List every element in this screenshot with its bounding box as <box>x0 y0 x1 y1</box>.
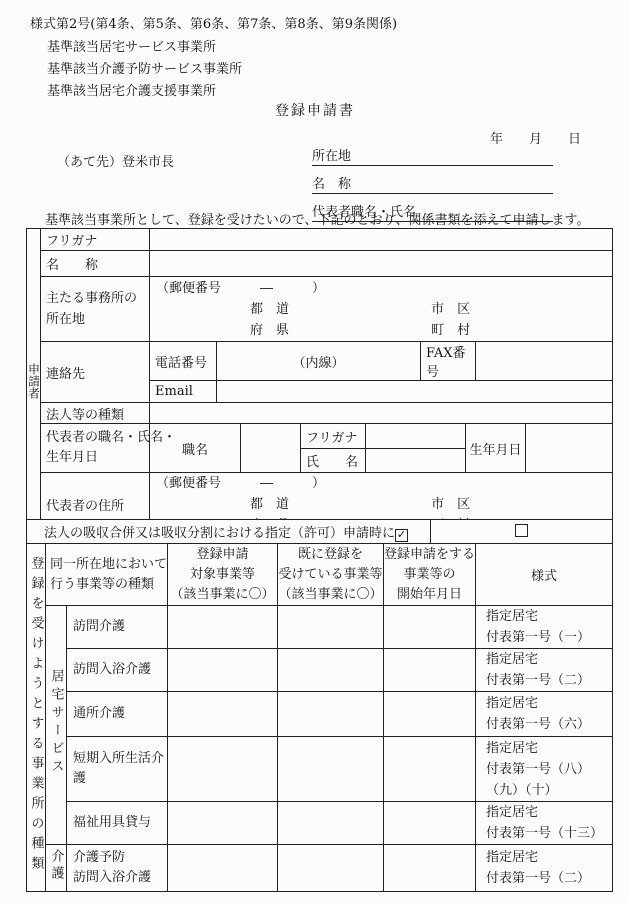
header-business-type: 同一所在地において 行う事業等の種類 <box>46 544 168 606</box>
representative-label: 代表者の職名・氏名・ 生年月日 <box>41 424 150 473</box>
form-cell: 指定居宅 付表第一号（一） <box>476 606 613 649</box>
home-service-group-cell: 居宅サービス <box>46 606 67 845</box>
designation-line-1: 基準該当居宅サービス事業所 <box>47 36 216 55</box>
table-row: 福祉用具貸与 指定居宅 付表第一号（十三） <box>27 802 613 845</box>
apply-cell[interactable] <box>168 845 278 892</box>
office-shiku: 市 区 <box>431 302 470 317</box>
start-date-cell[interactable] <box>384 606 476 649</box>
office-address-cell[interactable]: （郵便番号 ― ） 都 道 市 区 府 県 町 村 <box>150 277 613 342</box>
apply-cell[interactable] <box>168 802 278 845</box>
office-address-label: 主たる事務所の 所在地 <box>41 277 150 342</box>
registration-table: 登録を受けようとする事業所の種類 同一所在地において 行う事業等の種類 登録申請… <box>26 543 613 892</box>
registration-side-cell: 登録を受けようとする事業所の種類 <box>27 544 46 892</box>
applicant-side-label: 申請者 <box>28 363 40 399</box>
service-name: 訪問介護 <box>67 606 168 649</box>
intro-sentence: 基準該当事業所として、登録を受けたいので、下記のとおり、関係書類を添えて申請しま… <box>45 209 589 228</box>
designation-line-2: 基準該当介護予防サービス事業所 <box>47 58 242 77</box>
registered-cell[interactable] <box>278 606 384 649</box>
start-date-cell[interactable] <box>384 692 476 737</box>
extension-label: （内線） <box>292 356 344 371</box>
rep-postal-line: （郵便番号 ― ） <box>150 473 612 494</box>
service-name: 福祉用具貸与 <box>67 802 168 845</box>
merger-row-table: 法人の吸収合併又は吸収分割における指定（許可）申請時に✓ <box>26 519 613 545</box>
prevention-group-label: 介護 <box>50 849 63 883</box>
form-cell: 指定居宅 付表第一号（十三） <box>476 802 613 845</box>
header-registered: 既に登録を 受けている事業等 （該当事業に〇） <box>278 544 384 606</box>
rep-furigana-label: フリガナ <box>301 424 366 449</box>
office-chouson: 町 村 <box>431 323 470 338</box>
applicant-table: 申請者 フリガナ 名 称 主たる事務所の 所在地 （郵便番号 ― ） 都 道 市… <box>26 228 613 537</box>
birth-label: 生年月日 <box>466 424 526 473</box>
merger-empty-checkbox-icon[interactable] <box>515 524 528 537</box>
form-cell: 指定居宅 付表第一号（八） （九）（十） <box>476 737 613 802</box>
registration-application-form: 様式第2号(第4条、第5条、第6条、第7条、第8条、第9条関係) 基準該当居宅サ… <box>0 0 630 903</box>
addressee: （あて先）登米市長 <box>57 151 174 170</box>
recipient-address-field[interactable]: 所在地 <box>312 145 553 166</box>
registered-cell[interactable] <box>278 737 384 802</box>
header-apply: 登録申請 対象事業等 （該当事業に〇） <box>168 544 278 606</box>
form-number-line: 様式第2号(第4条、第5条、第6条、第7条、第8条、第9条関係) <box>30 13 397 32</box>
furigana-label: フリガナ <box>41 229 150 251</box>
merger-other-cell <box>431 520 613 545</box>
recipient-name-label: 名 称 <box>312 177 351 192</box>
name-value-cell[interactable] <box>150 251 613 277</box>
apply-cell[interactable] <box>168 692 278 737</box>
phone-label: 電話番号 <box>150 342 217 381</box>
service-name: 短期入所生活介 護 <box>67 737 168 802</box>
furigana-value-cell[interactable] <box>150 229 613 251</box>
registered-cell[interactable] <box>278 649 384 692</box>
registered-cell[interactable] <box>278 845 384 892</box>
contact-label: 連絡先 <box>41 342 150 403</box>
table-row: 居宅サービス 訪問介護 指定居宅 付表第一号（一） <box>27 606 613 649</box>
phone-value-cell[interactable]: （内線） <box>217 342 421 381</box>
corp-type-label: 法人等の種類 <box>41 403 150 424</box>
applicant-side-cell: 申請者 <box>27 229 41 537</box>
rep-name-label: 氏 名 <box>301 449 366 473</box>
start-date-cell[interactable] <box>384 737 476 802</box>
table-row: 通所介護 指定居宅 付表第一号（六） <box>27 692 613 737</box>
fax-label: FAX番号 <box>421 342 476 381</box>
apply-cell[interactable] <box>168 649 278 692</box>
office-todou: 都 道 <box>250 302 289 317</box>
header-form: 様式 <box>476 544 613 606</box>
registration-side-label: 登録を受けようとする事業所の種類 <box>30 556 43 876</box>
prevention-group-cell: 介護 <box>46 845 67 892</box>
table-row: 短期入所生活介 護 指定居宅 付表第一号（八） （九）（十） <box>27 737 613 802</box>
start-date-cell[interactable] <box>384 649 476 692</box>
page-title: 登録申請書 <box>0 100 630 120</box>
recipient-name-field[interactable]: 名 称 <box>312 173 553 194</box>
table-row: 介護 介護予防 訪問入浴介護 指定居宅 付表第一号（二） <box>27 845 613 892</box>
merger-note-text: 法人の吸収合併又は吸収分割における指定（許可）申請時に <box>44 526 395 541</box>
rep-shiku: 市 区 <box>431 497 470 512</box>
name-label: 名 称 <box>41 251 150 277</box>
form-cell: 指定居宅 付表第一号（二） <box>476 649 613 692</box>
merger-note-cell: 法人の吸収合併又は吸収分割における指定（許可）申請時に✓ <box>27 520 431 545</box>
birth-value-cell[interactable] <box>526 424 613 473</box>
apply-cell[interactable] <box>168 737 278 802</box>
merger-checked-checkbox-icon[interactable]: ✓ <box>395 529 408 542</box>
post-value-cell[interactable] <box>241 424 301 473</box>
registered-cell[interactable] <box>278 692 384 737</box>
email-label: Email <box>150 381 217 403</box>
form-cell: 指定居宅 付表第一号（六） <box>476 692 613 737</box>
start-date-cell[interactable] <box>384 802 476 845</box>
apply-cell[interactable] <box>168 606 278 649</box>
start-date-cell[interactable] <box>384 845 476 892</box>
service-name: 訪問入浴介護 <box>67 649 168 692</box>
fax-value-cell[interactable] <box>476 342 613 381</box>
home-service-group-label: 居宅サービス <box>50 669 63 777</box>
office-fuken: 府 県 <box>250 323 289 338</box>
corp-type-value-cell[interactable] <box>150 403 613 424</box>
rep-todou: 都 道 <box>250 497 289 512</box>
rep-name-value-cell[interactable] <box>366 449 466 473</box>
table-row: 訪問入浴介護 指定居宅 付表第一号（二） <box>27 649 613 692</box>
rep-furigana-value-cell[interactable] <box>366 424 466 449</box>
designation-line-3: 基準該当居宅介護支援事業所 <box>47 80 216 99</box>
recipient-address-label: 所在地 <box>312 149 351 164</box>
email-value-cell[interactable] <box>217 381 613 403</box>
office-postal-line: （郵便番号 ― ） <box>150 278 612 299</box>
header-start-date: 登録申請をする 事業等の 開始年月日 <box>384 544 476 606</box>
form-cell: 指定居宅 付表第一号（二） <box>476 845 613 892</box>
service-name: 通所介護 <box>67 692 168 737</box>
service-name: 介護予防 訪問入浴介護 <box>67 845 168 892</box>
registered-cell[interactable] <box>278 802 384 845</box>
